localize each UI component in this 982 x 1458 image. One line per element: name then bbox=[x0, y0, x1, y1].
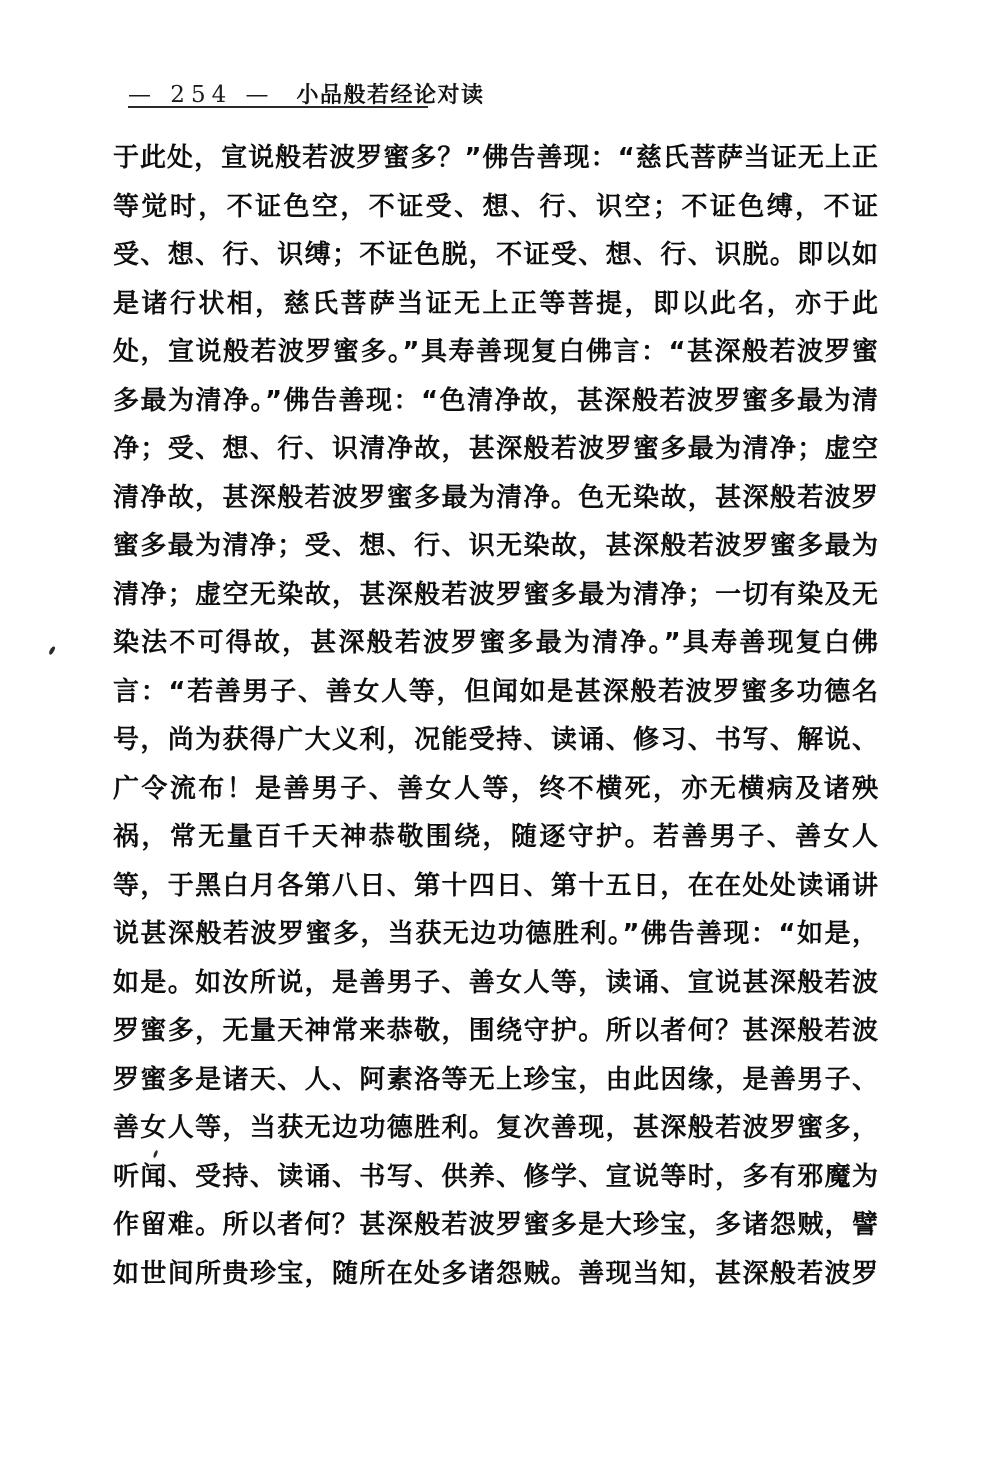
header-rule bbox=[128, 106, 428, 108]
page-number: — 254 — bbox=[128, 82, 275, 108]
text-line: 净；受、想、行、识清净故，甚深般若波罗蜜多最为清净；虚空 bbox=[113, 425, 878, 474]
scan-speck-artifact bbox=[48, 646, 56, 656]
text-line: 处，宣说般若波罗蜜多。”具寿善现复白佛言：“甚深般若波罗蜜 bbox=[113, 328, 878, 377]
text-line: 如是。如汝所说，是善男子、善女人等，读诵、宣说甚深般若波 bbox=[113, 959, 878, 1008]
text-line: 听闻、受持、读诵、书写、供养、修学、宣说等时，多有邪魔为 bbox=[113, 1153, 878, 1202]
text-line: 蜜多最为清净；受、想、行、识无染故，甚深般若波罗蜜多最为 bbox=[113, 522, 878, 571]
text-line: 清净；虚空无染故，甚深般若波罗蜜多最为清净；一切有染及无 bbox=[113, 571, 878, 620]
text-line: 作留难。所以者何？甚深般若波罗蜜多是大珍宝，多诸怨贼，譬 bbox=[113, 1201, 878, 1250]
text-line: 染法不可得故，甚深般若波罗蜜多最为清净。”具寿善现复白佛 bbox=[113, 619, 878, 668]
text-line: 清净故，甚深般若波罗蜜多最为清净。色无染故，甚深般若波罗 bbox=[113, 474, 878, 523]
text-line: 言：“若善男子、善女人等，但闻如是甚深般若波罗蜜多功德名 bbox=[113, 668, 878, 717]
text-line: 善女人等，当获无边功德胜利。复次善现，甚深般若波罗蜜多， bbox=[113, 1104, 878, 1153]
text-line: 号，尚为获得广大义利，况能受持、读诵、修习、书写、解说、 bbox=[113, 716, 878, 765]
text-line: 等觉时，不证色空，不证受、想、行、识空；不证色缚，不证 bbox=[113, 183, 878, 232]
text-line: 于此处，宣说般若波罗蜜多？”佛告善现：“慈氏菩萨当证无上正 bbox=[113, 134, 878, 183]
text-line: 广令流布！是善男子、善女人等，终不横死，亦无横病及诸殃 bbox=[113, 765, 878, 814]
text-line: 罗蜜多是诸天、人、阿素洛等无上珍宝，由此因缘，是善男子、 bbox=[113, 1056, 878, 1105]
text-line: 是诸行状相，慈氏菩萨当证无上正等菩提，即以此名，亦于此 bbox=[113, 280, 878, 329]
text-line: 说甚深般若波罗蜜多，当获无边功德胜利。”佛告善现：“如是， bbox=[113, 910, 878, 959]
book-page: — 254 — 小品般若经论对读 于此处，宣说般若波罗蜜多？”佛告善现：“慈氏菩… bbox=[0, 0, 982, 1458]
text-line: 罗蜜多，无量天神常来恭敬，围绕守护。所以者何？甚深般若波 bbox=[113, 1007, 878, 1056]
text-line: 受、想、行、识缚；不证色脱，不证受、想、行、识脱。即以如 bbox=[113, 231, 878, 280]
text-line: 如世间所贵珍宝，随所在处多诸怨贼。善现当知，甚深般若波罗 bbox=[113, 1250, 878, 1299]
running-header: — 254 — 小品般若经论对读 bbox=[128, 78, 485, 109]
text-line: 多最为清净。”佛告善现：“色清净故，甚深般若波罗蜜多最为清 bbox=[113, 377, 878, 426]
body-text: 于此处，宣说般若波罗蜜多？”佛告善现：“慈氏菩萨当证无上正等觉时，不证色空，不证… bbox=[113, 134, 878, 1298]
text-line: 等，于黑白月各第八日、第十四日、第十五日，在在处处读诵讲 bbox=[113, 862, 878, 911]
book-title: 小品般若经论对读 bbox=[297, 78, 485, 109]
text-line: 祸，常无量百千天神恭敬围绕，随逐守护。若善男子、善女人 bbox=[113, 813, 878, 862]
